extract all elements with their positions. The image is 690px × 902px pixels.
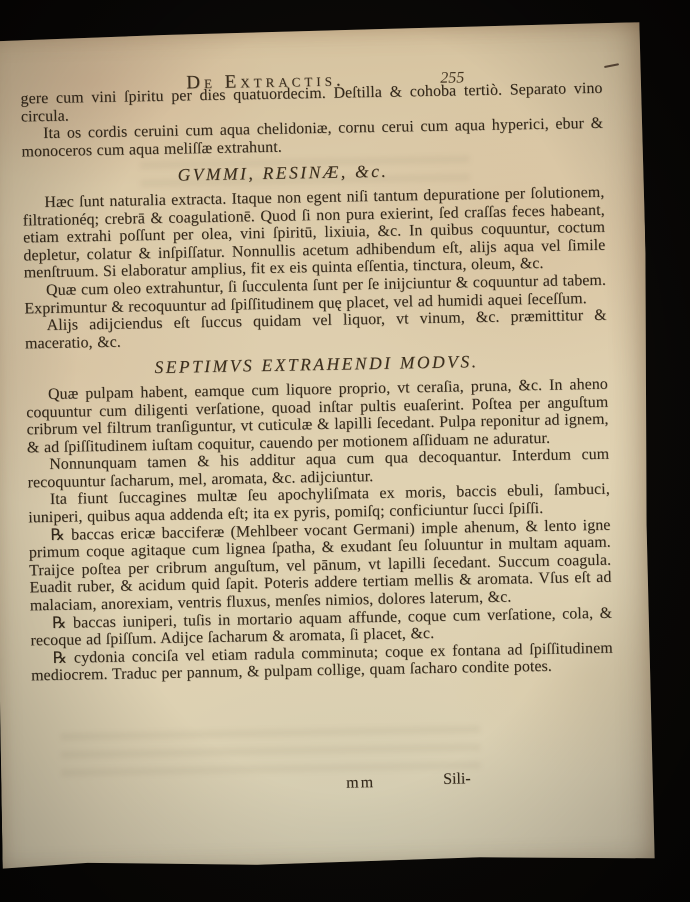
paragraph-quae-pulpam: Quæ pulpam habent, eamque cum liquore pr… (26, 376, 609, 457)
paragraph-haec-sunt: Hæc ſunt naturalia extracta. Itaque non … (22, 184, 606, 283)
footer-row: mm Sili- (33, 770, 615, 801)
septimus-heading: SEPTIMVS EXTRAHENDI MODVS. (25, 351, 607, 379)
text-column: gere cum vini ſpiritu per dies quatuorde… (20, 80, 613, 686)
book-page: De Extractis. 255 gere cum vini ſpiritu … (0, 22, 657, 872)
gummi-heading: GVMMI, RESINÆ, &c. (0, 160, 574, 188)
recipe-baccas-ericae: ℞ baccas ericæ bacciferæ (Mehlbeer vocan… (28, 516, 612, 615)
catchword: Sili- (443, 770, 471, 789)
pen-mark (604, 63, 619, 68)
footer-signature: mm (346, 774, 375, 793)
photo-background: De Extractis. 255 gere cum vini ſpiritu … (0, 0, 690, 902)
show-through-smudge (60, 725, 481, 779)
